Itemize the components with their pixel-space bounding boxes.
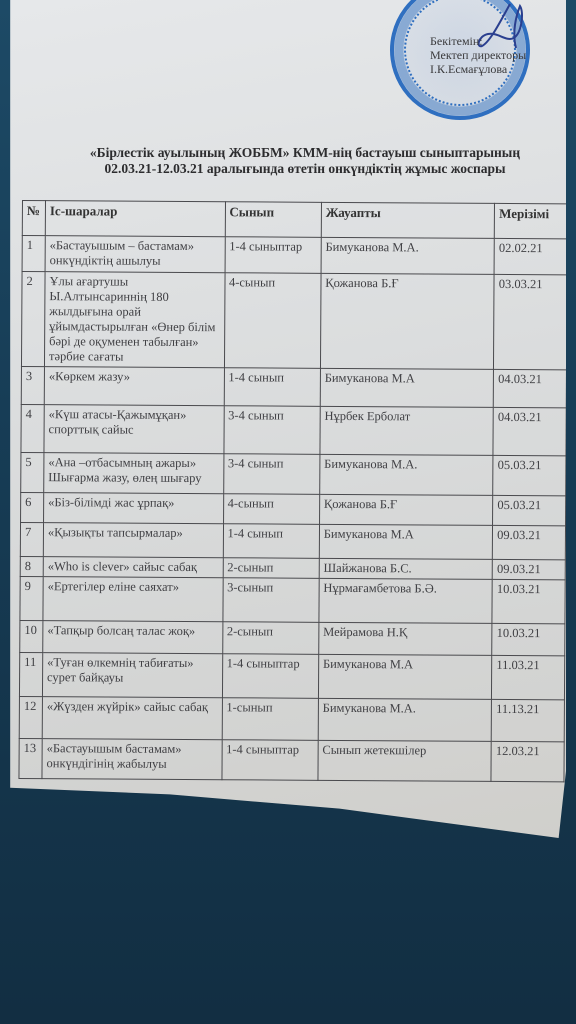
cell-activity: «Туған өлкемнің табиғаты» сурет байқауы — [42, 653, 222, 698]
cell-responsible: Қожанова Б.Ғ — [320, 273, 494, 369]
cell-number: 11 — [19, 652, 42, 696]
cell-activity: «Who is clever» сайыс сабақ — [43, 557, 223, 578]
cell-number: 2 — [21, 272, 45, 367]
cell-responsible: Бимуканова М.А — [319, 524, 493, 559]
header-activities: Іс-шаралар — [45, 201, 225, 237]
cell-class: 1-4 сынып — [223, 524, 320, 559]
cell-number: 12 — [19, 696, 42, 738]
cell-date: 10.03.21 — [492, 623, 565, 655]
header-class: Сынып — [225, 202, 322, 238]
cell-class: 1-сынып — [222, 698, 319, 741]
cell-responsible: Бимуканова М.А. — [321, 237, 495, 274]
cell-activity: «Ертегілер еліне саяхат» — [43, 577, 223, 622]
cell-class: 3-4 сынып — [223, 406, 320, 455]
cell-activity: «Қызықты тапсырмалар» — [43, 523, 223, 558]
cell-number: 5 — [21, 452, 44, 492]
cell-date: 05.03.21 — [493, 455, 566, 495]
cell-activity: «Тапқыр болсаң талас жоқ» — [43, 621, 223, 654]
cell-date: 11.13.21 — [491, 699, 564, 741]
cell-number: 7 — [20, 522, 43, 556]
table-row: 6«Біз-білімді жас ұрпақ»4-сыныпҚожанова … — [21, 492, 566, 525]
cell-number: 13 — [19, 738, 42, 778]
table-row: 12«Жүзден жүйрік» сайыс сабақ1-сыныпБиму… — [19, 696, 564, 741]
cell-responsible: Мейрамова Н.Қ — [319, 622, 493, 655]
cell-responsible: Нұрбек Ерболат — [320, 406, 494, 455]
cell-number: 6 — [21, 492, 44, 522]
table-row: 5«Ана –отбасымның ажары» Шығарма жазу, ө… — [21, 452, 566, 495]
table-row: 2Ұлы ағартушы Ы.Алтынсариннің 180 жылдығ… — [21, 272, 567, 370]
cell-activity: «Күш атасы-Қажымұқан» спорттық сайыс — [44, 405, 224, 454]
cell-date: 11.03.21 — [492, 655, 565, 699]
cell-activity: «Бастауышым – бастамам» онкүндіктің ашыл… — [45, 236, 225, 273]
table-row: 3«Көркем жазу»1-4 сыныпБимуканова М.А04.… — [21, 366, 566, 407]
cell-date: 04.03.21 — [493, 407, 566, 455]
title-line-2: 02.03.21-12.03.21 аралығында өтетін онкү… — [40, 161, 570, 177]
cell-date: 02.02.21 — [494, 238, 567, 274]
cell-class: 1-4 сыныптар — [221, 740, 318, 781]
cell-responsible: Бимуканова М.А. — [320, 454, 494, 495]
cell-responsible: Нұрмағамбетова Б.Ә. — [319, 578, 493, 623]
cell-number: 4 — [21, 404, 44, 452]
cell-activity: «Біз-білімді жас ұрпақ» — [43, 493, 223, 524]
table-row: 13«Бастауышым бастамам» онкүндігінің жаб… — [19, 738, 564, 781]
header-number: № — [22, 201, 45, 236]
table-header-row: № Іс-шаралар Сынып Жауапты Мерізімі — [22, 201, 567, 239]
document-title: «Бірлестік ауылының ЖОББМ» КММ-нің баста… — [40, 145, 570, 177]
cell-class: 1-4 сыныптар — [222, 654, 319, 699]
cell-number: 10 — [20, 620, 43, 652]
cell-responsible: Қожанова Б.Ғ — [319, 494, 493, 525]
cell-activity: «Жүзден жүйрік» сайыс сабақ — [42, 697, 222, 740]
table-row: 10«Тапқыр болсаң талас жоқ»2-сыныпМейрам… — [20, 620, 565, 655]
table-row: 1«Бастауышым – бастамам» онкүндіктің ашы… — [22, 236, 567, 275]
cell-number: 8 — [20, 556, 43, 576]
cell-date: 12.03.21 — [491, 741, 564, 781]
cell-activity: «Бастауышым бастамам» онкүндігінің жабыл… — [42, 739, 222, 780]
cell-class: 4-сынып — [223, 494, 319, 525]
cell-date: 05.03.21 — [493, 495, 566, 525]
cell-activity: «Көркем жазу» — [44, 367, 224, 406]
cell-class: 4-сынып — [224, 273, 321, 369]
cell-date: 03.03.21 — [494, 274, 567, 369]
cell-date: 09.03.21 — [493, 525, 566, 559]
work-plan-table: № Іс-шаралар Сынып Жауапты Мерізімі 1«Ба… — [18, 200, 568, 782]
cell-date: 04.03.21 — [493, 369, 566, 407]
cell-class: 3-4 сынып — [223, 454, 320, 495]
cell-number: 1 — [22, 236, 45, 272]
cell-class: 2-сынып — [222, 622, 318, 655]
cell-class: 3-сынып — [222, 578, 319, 623]
cell-number: 3 — [21, 366, 44, 404]
header-deadline: Мерізімі — [495, 203, 568, 238]
cell-date: 09.03.21 — [492, 559, 565, 579]
cell-activity: Ұлы ағартушы Ы.Алтынсариннің 180 жылдығы… — [44, 272, 224, 368]
cell-responsible: Сынып жетекшілер — [318, 740, 492, 781]
cell-date: 10.03.21 — [492, 579, 565, 623]
table-row: 7«Қызықты тапсырмалар»1-4 сыныпБимуканов… — [20, 522, 565, 559]
cell-class: 2-сынып — [223, 558, 319, 579]
cell-number: 9 — [20, 576, 43, 620]
cell-responsible: Бимуканова М.А — [318, 654, 492, 699]
approval-position: Мектеп директоры — [430, 48, 526, 62]
paper-sheet: Бекітемін: Мектеп директоры І.К.Есмағұло… — [0, 0, 566, 838]
table-row: 9«Ертегілер еліне саяхат»3-сыныпНұрмағам… — [20, 576, 565, 623]
header-responsible: Жауапты — [321, 202, 495, 238]
cell-class: 1-4 сыныптар — [225, 237, 322, 274]
table-row: 4«Күш атасы-Қажымұқан» спорттық сайыс3-4… — [21, 404, 566, 455]
approval-name: І.К.Есмағұлова — [430, 62, 526, 76]
approval-heading: Бекітемін: — [430, 34, 526, 48]
approval-block: Бекітемін: Мектеп директоры І.К.Есмағұло… — [430, 34, 526, 76]
cell-responsible: Шайжанова Б.С. — [319, 558, 493, 579]
title-line-1: «Бірлестік ауылының ЖОББМ» КММ-нің баста… — [40, 145, 570, 161]
cell-responsible: Бимуканова М.А — [320, 368, 494, 407]
cell-class: 1-4 сынып — [224, 368, 321, 407]
table-row: 11«Туған өлкемнің табиғаты» сурет байқау… — [19, 652, 564, 699]
cell-activity: «Ана –отбасымның ажары» Шығарма жазу, өл… — [44, 453, 224, 494]
cell-responsible: Бимуканова М.А. — [318, 698, 492, 741]
